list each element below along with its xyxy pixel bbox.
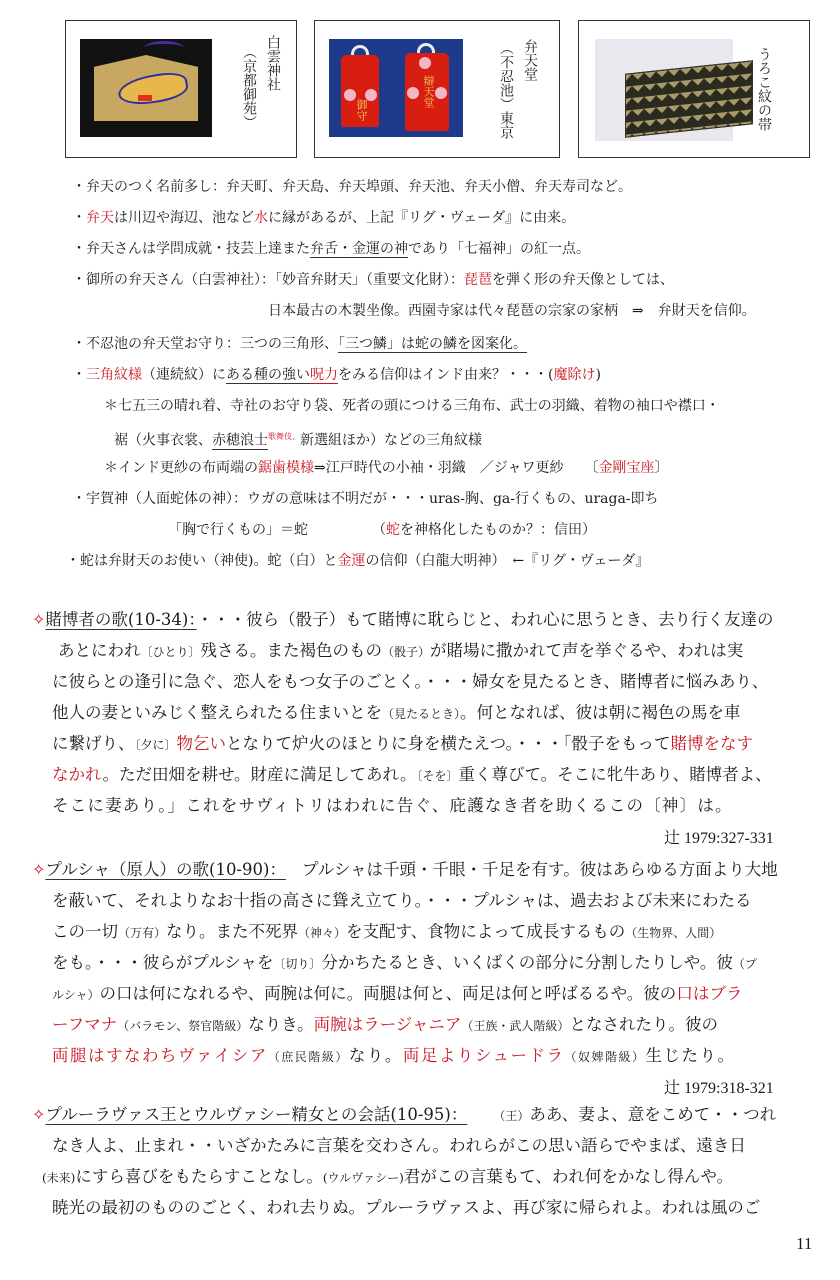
list-item: ・弁天さんは学問成就・技芸上達また弁舌・金運の神であり「七福神」の紅一点。 [72, 238, 590, 260]
list-item-continuation: 日本最古の木製坐像。西園寺家は代々琵琶の宗家の家柄 ⇒ 弁財天を信仰。 [268, 300, 756, 322]
section-heading-line: ✧プルーラヴァス王とウルヴァシー精女との会話(10-95)：（王）ああ、妻よ、意… [32, 1100, 776, 1131]
paragraph-line: そこに妻あり。」これをサヴィトリはわれに告ぐ、庇護なき者を助くるこの〔神〕は。 [52, 791, 733, 821]
photo-caption-main: うろこ紋の帯 [755, 47, 772, 131]
photo-frame-bentendo: 御守 辯天堂 弁天堂 （不忍池）東京 [314, 20, 560, 158]
section-heading-line: ✧プルシャ（原人）の歌(10-90)：プルシャは千頭・千眼・千足を有す。彼はあら… [32, 855, 778, 885]
list-item: ・宇賀神（人面蛇体の神）：ウガの意味は不明だが・・・uras-胸、ga-行くもの… [72, 488, 659, 510]
list-item: ・蛇は弁財天のお使い（神使)。蛇（白）と金運の信仰（白龍大明神） ←『リグ・ヴェ… [66, 550, 649, 572]
photo-frame-obi: うろこ紋の帯 [578, 20, 810, 158]
paragraph-line: あとにわれ〔ひとり〕残さる。また褐色のもの（骰子）が賭場に撒かれて声を挙ぐるや、… [58, 636, 743, 667]
paragraph-line: 両腿はすなわちヴァイシア（庶民階級）なり。両足よりシュードラ（奴婢階級）生じたり… [52, 1041, 736, 1072]
photo-caption-sub: （不忍池）東京 [497, 41, 514, 139]
list-item-note-continuation: 裾（火事衣裳、赤穂浪士歌舞伎、新選組ほか）などの三角紋様 [114, 426, 482, 452]
list-item-continuation: 「胸で行くもの」＝蛇（蛇を神格化したものか？：信田） [168, 519, 596, 541]
paragraph-line: 他人の妻といみじく整えられたる住まいとを（見たるとき）。何となれば、彼は朝に褐色… [52, 698, 741, 729]
photo-frame-shirakumo: 白雲神社 （京都御苑） [65, 20, 297, 158]
list-item: ・不忍池の弁天堂お守り：三つの三角形、「三つ鱗」は蛇の鱗を図案化。 [72, 333, 527, 355]
page-number: 11 [796, 1234, 812, 1254]
list-item: ・御所の弁天さん（白雲神社）：「妙音弁財天」（重要文化財）：琵琶を弾く形の弁天像… [72, 269, 674, 291]
citation: 辻 1979:327-331 [664, 825, 774, 848]
omamori-image: 御守 辯天堂 [329, 39, 463, 137]
omamori-text-2: 辯天堂 [420, 75, 436, 108]
citation: 辻 1979:318-321 [664, 1075, 774, 1098]
list-item: ・弁天のつく名前多し：弁天町、弁天島、弁天埠頭、弁天池、弁天小僧、弁天寿司など。 [72, 176, 632, 198]
omamori-text-1: 御守 [353, 99, 369, 121]
paragraph-line: に繋げり、〔夕に〕物乞いとなりて炉火のほとりに身を横たえつ。・・・「骰子をもって… [52, 729, 753, 760]
list-item-note: ＊七五三の晴れ着、寺社のお守り袋、死者の頭につける三角布、武士の羽織、着物の袖口… [104, 395, 720, 417]
photo-caption-main: 弁天堂 [521, 39, 538, 81]
paragraph-line: この一切（万有）なり。また不死界（神々）を支配す、食物によって成長するもの（生物… [52, 917, 721, 948]
section-heading-line: ✧賭博者の歌(10-34)：・・・彼ら（骰子）もて賭博に耽らじと、われ心に思うと… [32, 605, 773, 635]
diamond-bullet-icon: ✧ [32, 860, 45, 879]
photo-caption-main: 白雲神社 [264, 35, 281, 91]
paragraph-line: を蔽いて、それよりなお十指の高さに聳え立てり。・・・プルシャは、過去および未来に… [52, 886, 752, 916]
paragraph-line: 暁光の最初のもののごとく、われ去りぬ。プルーラヴァスよ、再び家に帰られよ。われは… [52, 1193, 760, 1223]
diamond-bullet-icon: ✧ [32, 1105, 45, 1124]
paragraph-line: (未来)にすら喜びをもたらすことなし。(ウルヴァシー)君がこの言葉もて、われ何を… [42, 1162, 733, 1193]
paragraph-line: ルシャ）の口は何になれるや、両腕は何に。両腿は何と、両足は何と呼ばるるや。彼の口… [52, 979, 742, 1010]
section-heading: プルーラヴァス王とウルヴァシー精女との会話(10-95)： [45, 1105, 467, 1124]
list-item: ・弁天は川辺や海辺、池など水に縁があるが、上記『リグ・ヴェーダ』に由来。 [72, 207, 575, 229]
uroko-obi-image [595, 39, 733, 141]
diamond-bullet-icon: ✧ [32, 610, 45, 629]
photo-caption-sub: （京都御苑） [240, 45, 257, 129]
paragraph-line: なき人よ、止まれ・・いざかたみに言葉を交わさん。われらがこの思い語らでやまば、遠… [52, 1131, 746, 1161]
section-heading: プルシャ（原人）の歌(10-90)： [45, 860, 286, 879]
paragraph-line: なかれ。ただ田畑を耕せ。財産に満足してあれ。〔そを〕重く尊びて。そこに牝牛あり、… [52, 760, 772, 791]
list-item-note: ＊インド更紗の布両端の鋸歯模様⇒江戸時代の小袖・羽織 ／ジャワ更紗 〔金剛宝座〕 [104, 457, 668, 479]
paragraph-line: ーフマナ（バラモン、祭官階級）なりき。両腕はラージャニア（王族・武人階級）となさ… [52, 1010, 718, 1041]
section-heading: 賭博者の歌(10-34)： [45, 610, 196, 629]
paragraph-line: に彼らとの逢引に急ぐ、恋人をもつ女子のごとく。・・・婦女を見たるとき、賭博者に悩… [52, 667, 768, 697]
ema-biwa-image [80, 39, 212, 137]
list-item: ・三角紋様（連続紋）にある種の強い呪力をみる信仰はインド由来？・・・(魔除け) [72, 364, 601, 386]
paragraph-line: をも。・・・彼らがプルシャを〔切り〕分かちたるとき、いくばくの部分に分割したりし… [52, 948, 757, 979]
